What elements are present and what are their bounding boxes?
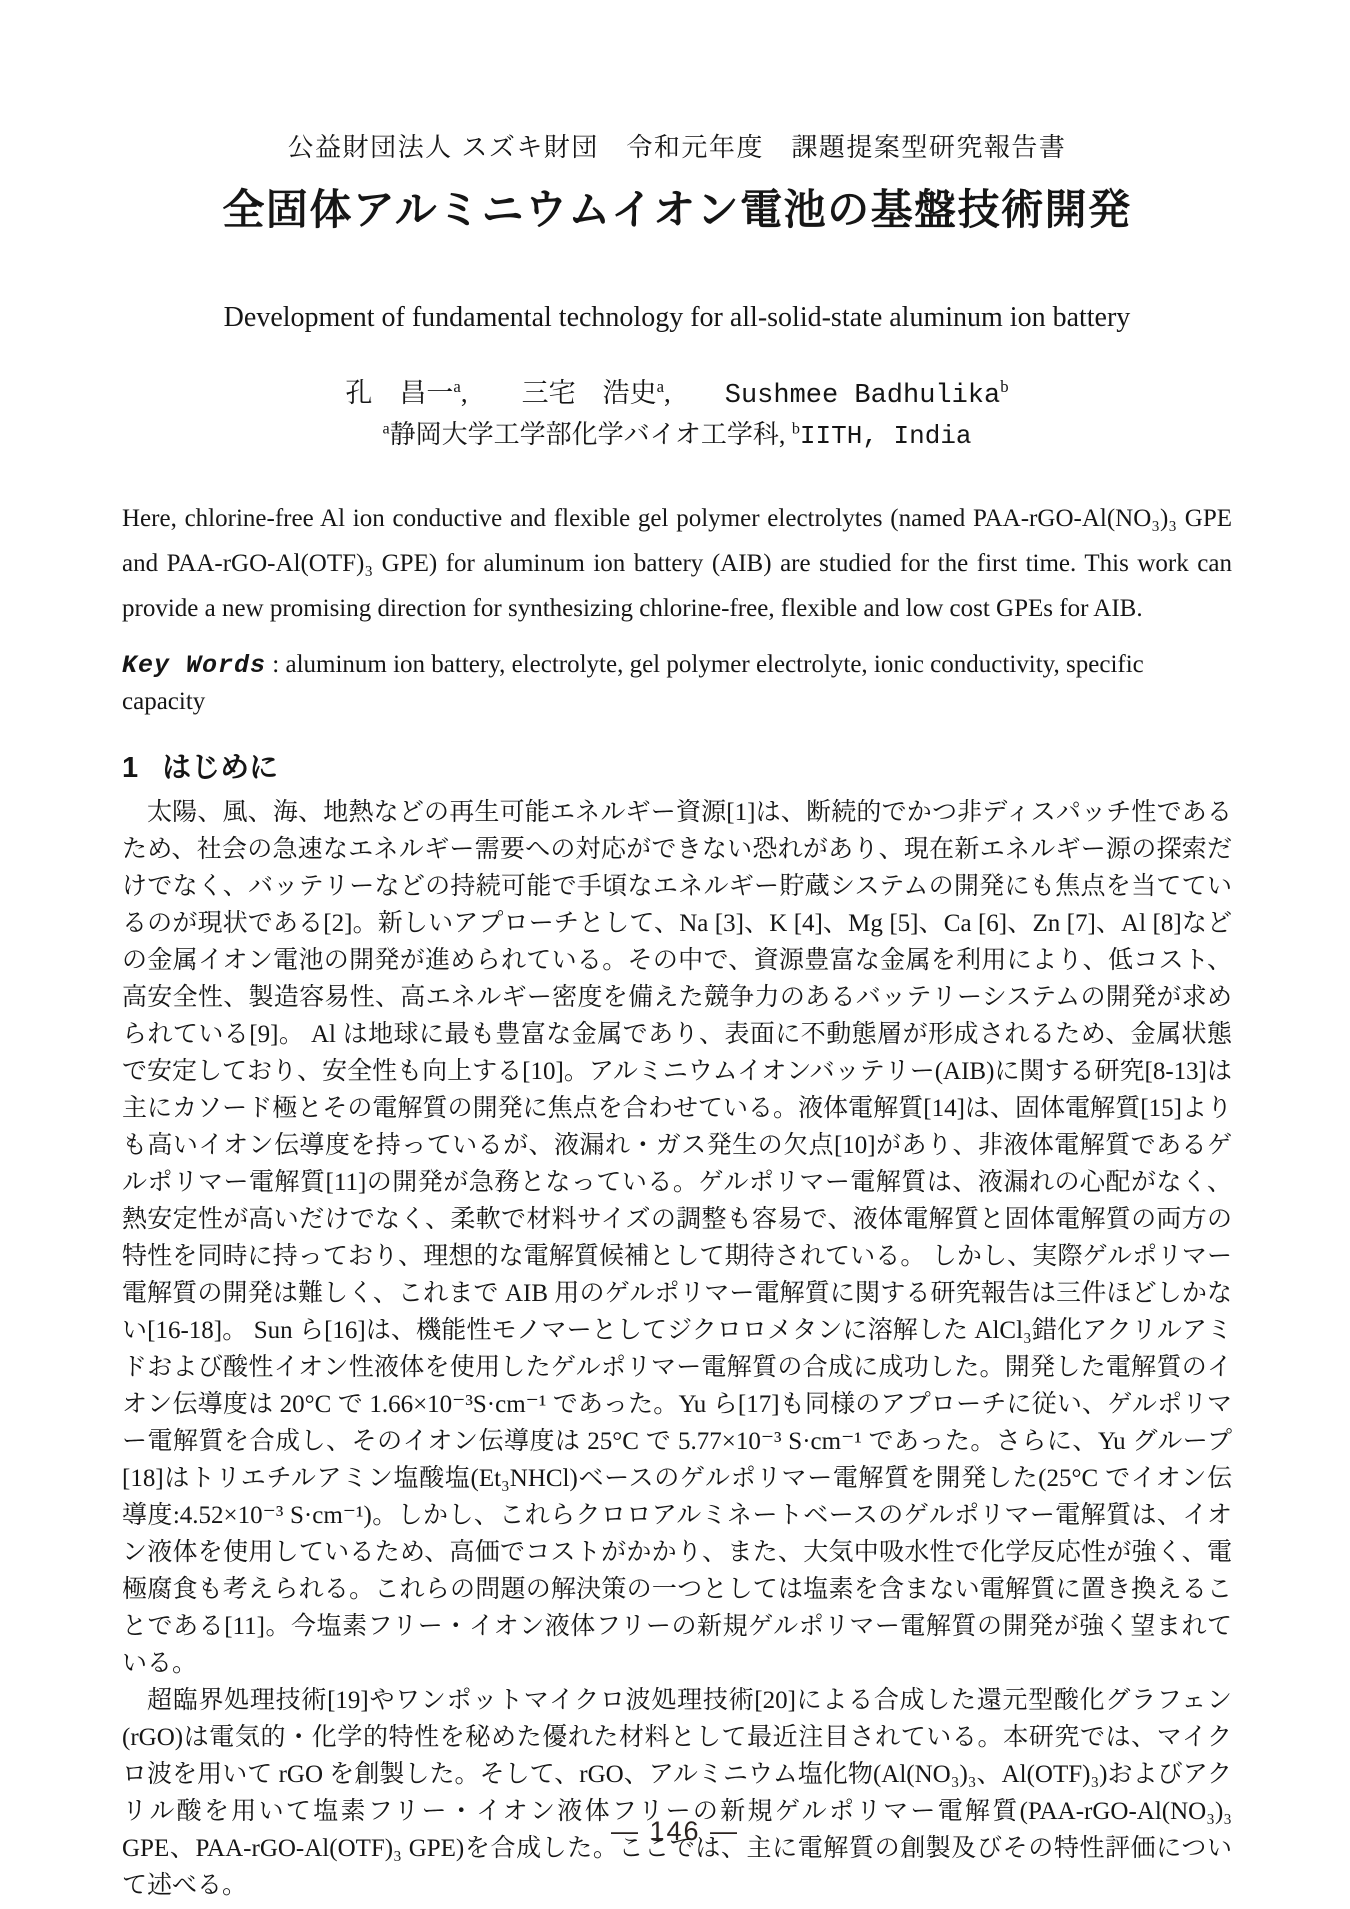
keywords-line: Key Words : aluminum ion battery, electr… [122, 647, 1232, 720]
affiliation-b-text: IITH, India [800, 421, 972, 451]
affiliation-a-mark: a [382, 420, 389, 437]
affiliation-a-text: 静岡大学工学部化学バイオ工学科, [390, 420, 792, 449]
keywords-label: Key Words [122, 651, 266, 680]
section-1-heading: 1はじめに [122, 748, 1232, 788]
page-footer: — 146 — [0, 1816, 1350, 1847]
section-1-paragraph-1: 太陽、風、海、地熱などの再生可能エネルギー資源[1]は、断続的でかつ非ディスパッ… [122, 794, 1232, 1682]
author-3-name: Sushmee Badhulika [725, 381, 1000, 411]
author-line: 孔 昌一a, 三宅 浩史a, Sushmee Badhulikab [122, 374, 1232, 415]
section-1-title: はじめに [162, 752, 278, 784]
abstract-text: Here, chlorine-free Al ion conductive an… [122, 496, 1232, 631]
paper-title-english: Development of fundamental technology fo… [122, 300, 1232, 336]
author-1-name: 孔 昌一 [345, 378, 453, 408]
author-2-separator: , [664, 378, 725, 408]
page-number: — 146 — [611, 1816, 739, 1846]
section-1-number: 1 [122, 752, 138, 784]
author-2-affiliation-mark: a [657, 377, 664, 396]
author-1-affiliation-mark: a [453, 377, 460, 396]
affiliation-line: a静岡大学工学部化学バイオ工学科, bIITH, India [122, 417, 1232, 454]
author-2-name: 三宅 浩史 [522, 378, 657, 408]
keywords-separator: : [266, 651, 285, 678]
paper-page: 公益財団法人 スズキ財団 令和元年度 課題提案型研究報告書 全固体アルミニウムイ… [0, 0, 1350, 1909]
affiliation-b-mark: b [792, 420, 800, 437]
author-1-separator: , [461, 378, 522, 408]
report-series-line: 公益財団法人 スズキ財団 令和元年度 課題提案型研究報告書 [122, 130, 1232, 164]
paper-title-japanese: 全固体アルミニウムイオン電池の基盤技術開発 [122, 182, 1232, 238]
author-3-affiliation-mark: b [1000, 377, 1008, 396]
section-1-paragraph-2: 超臨界処理技術[19]やワンポットマイクロ波処理技術[20]による合成した還元型… [122, 1682, 1232, 1904]
